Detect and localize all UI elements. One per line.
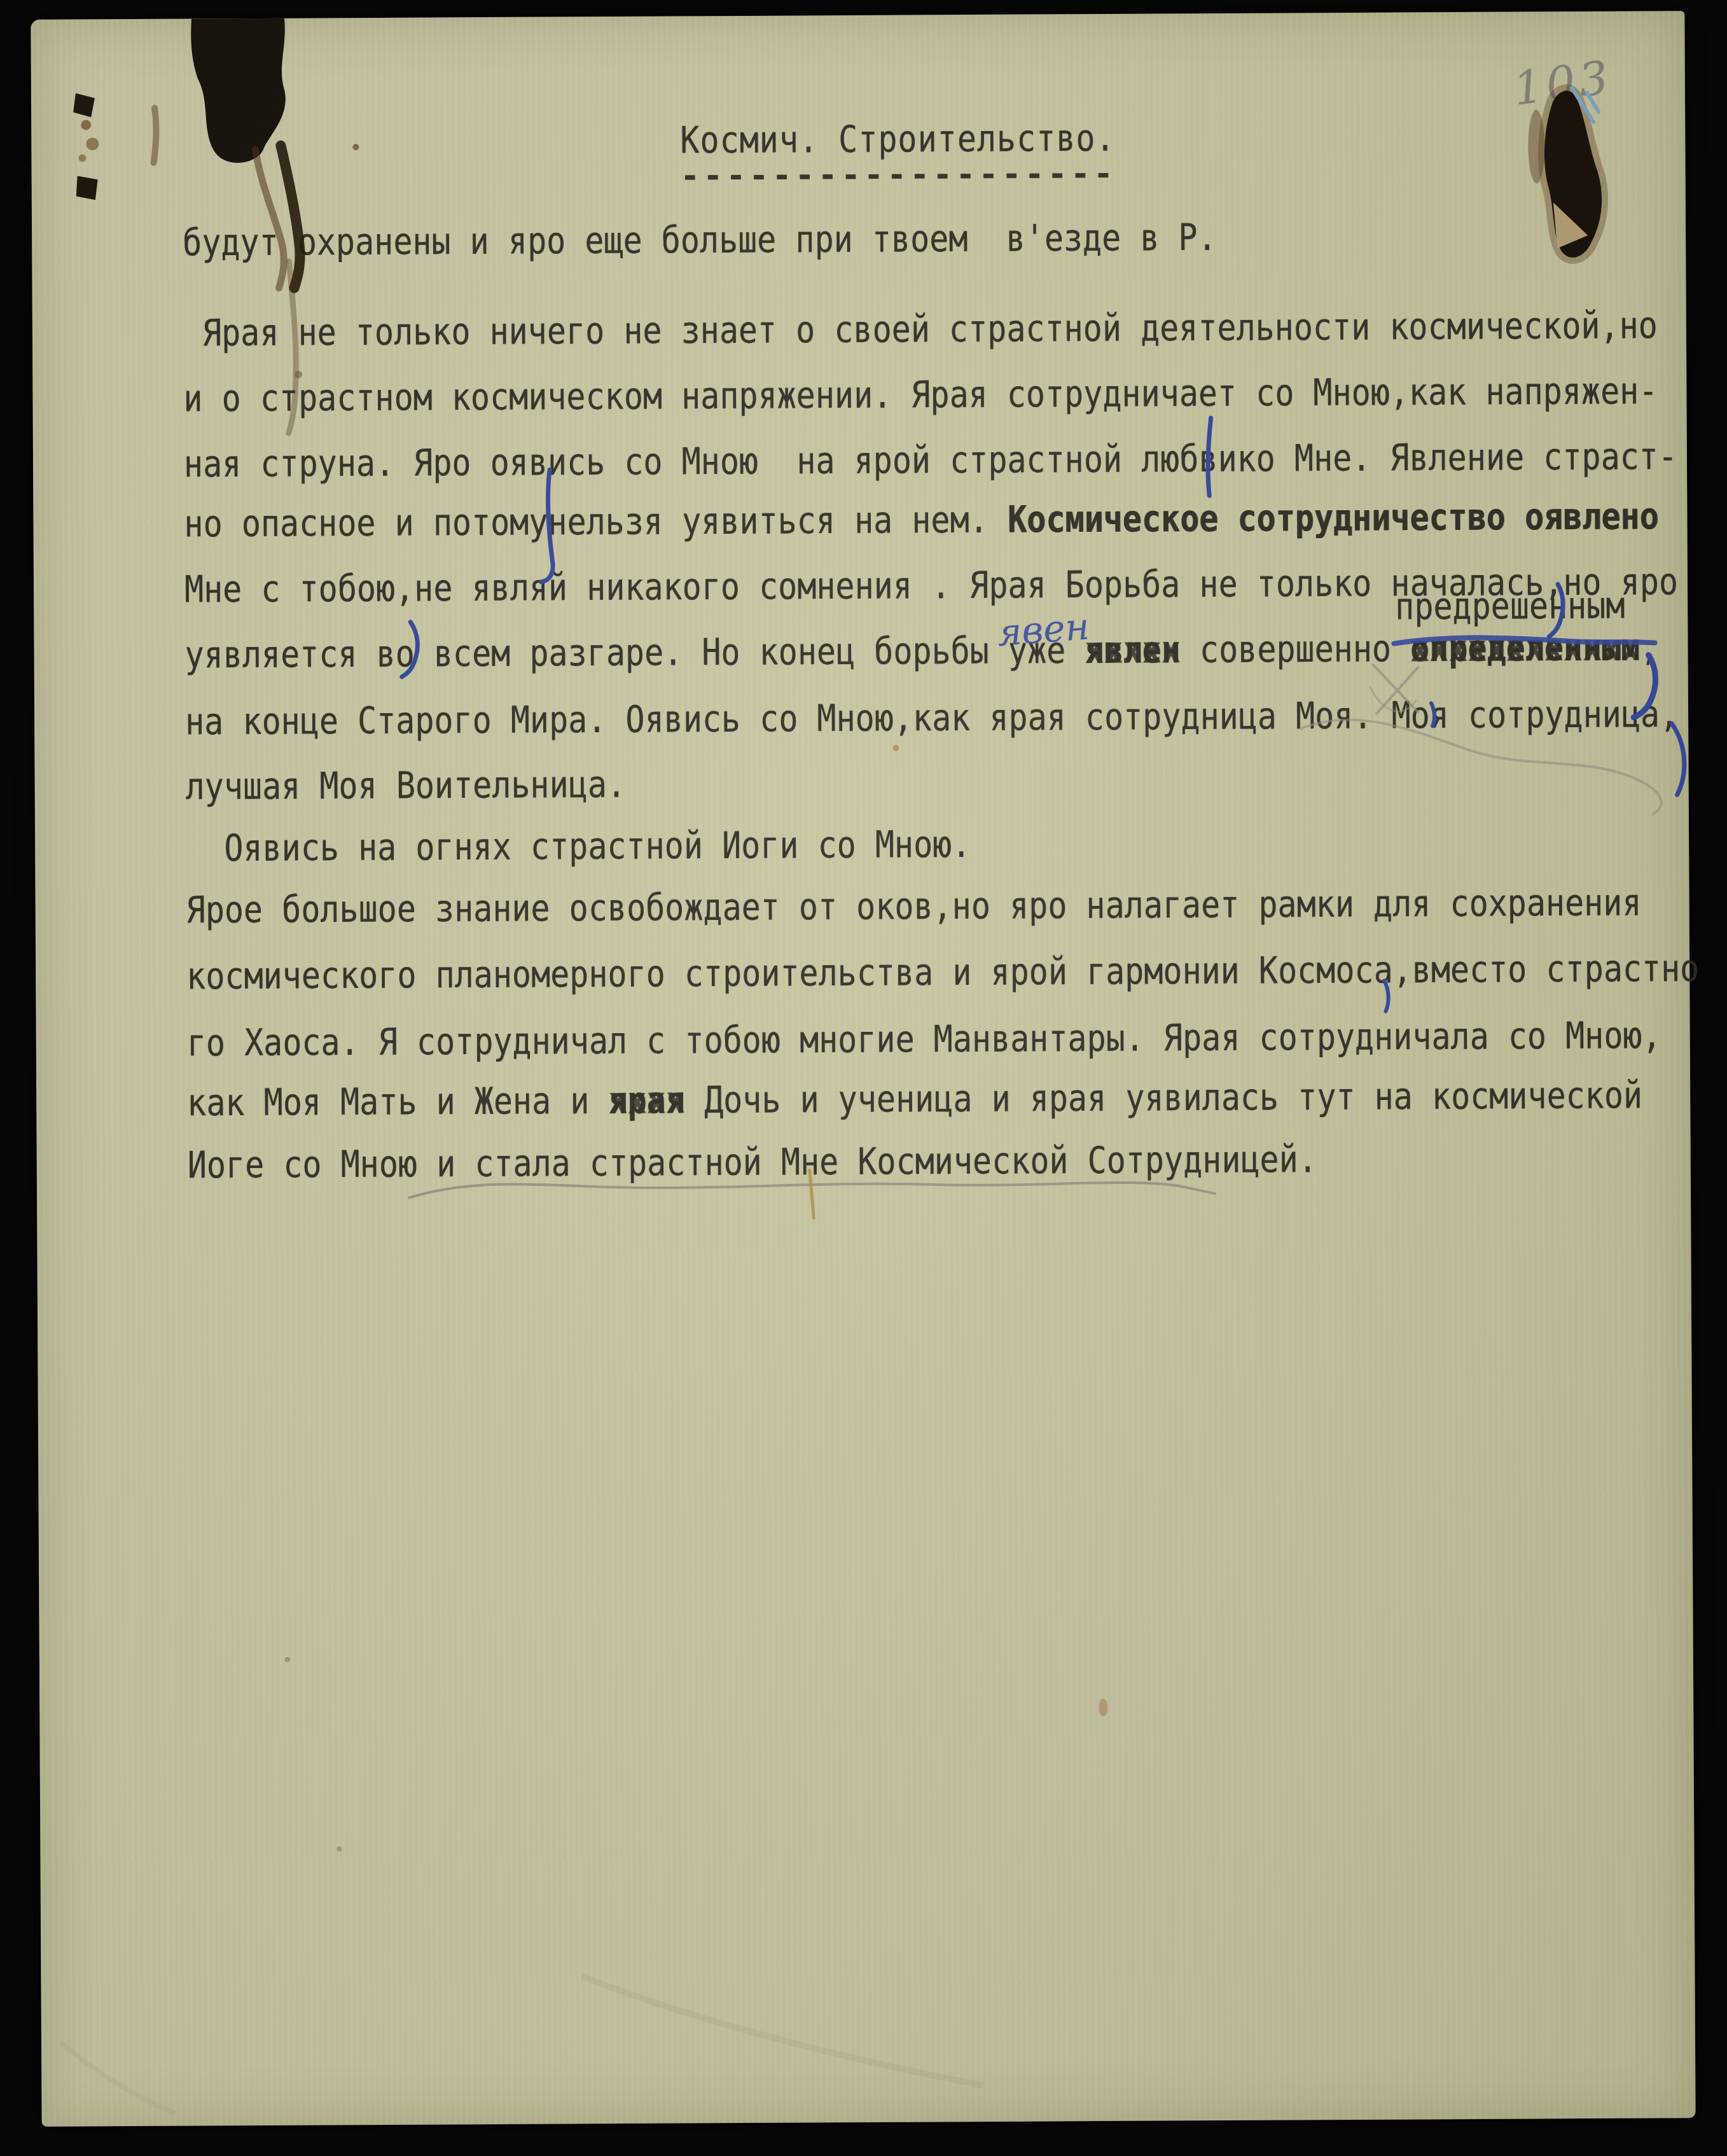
typed-line-10: Оявись на огнях страстной Иоги со Мною.	[186, 826, 971, 866]
paper: 103 Космич. Строительство. -------------…	[31, 11, 1695, 2127]
typed-line-3: и о страстном космическом напряжении. Яр…	[183, 372, 1658, 417]
typed-line-11: Ярое большое знание освобождает от оков,…	[186, 884, 1642, 929]
typed-line-7: уявляется во всем разгаре. Но конец борь…	[184, 629, 1659, 673]
left-edge-marks	[73, 93, 99, 200]
typed-line-13: го Хаоса. Я сотрудничал с тобою многие М…	[187, 1017, 1661, 1061]
burn-mark-top-right	[1528, 88, 1602, 258]
typed-line-5: но опасное и потомунельзя уявиться на не…	[184, 497, 1658, 542]
scan-background: { "scan": { "page_number": "103", "color…	[0, 0, 1727, 2156]
pencil-marks	[406, 663, 1663, 1220]
typed-body: будут охранены и яро еще больше при твое…	[31, 11, 1684, 20]
typed-line-14: как Моя Мать и Жена и яраяхххх Дочь и уч…	[187, 1077, 1642, 1122]
typed-line-2: Ярая не только ничего не знает о своей с…	[183, 307, 1658, 351]
document-title: Космич. Строительство.	[680, 120, 1116, 159]
typed-correction-above-line: предрешенным	[1395, 587, 1625, 625]
title-underline: -------------------	[681, 158, 1117, 192]
typed-line-4: ная струна. Яро оявись со Мною на ярой с…	[184, 438, 1677, 482]
typed-line-12: космического планомерного строительства …	[186, 950, 1699, 994]
typed-line-1: будут охранены и яро еще больше при твое…	[183, 219, 1217, 261]
page-number: 103	[1510, 50, 1615, 116]
typed-line-8: на конце Старого Мира. Оявись со Мною,ка…	[185, 695, 1679, 740]
paper-specks	[53, 744, 1109, 2114]
typed-line-9: лучшая Моя Воительница.	[186, 766, 627, 805]
typed-line-15: Иоге со Мною и стала страстной Мне Косми…	[188, 1141, 1317, 1183]
